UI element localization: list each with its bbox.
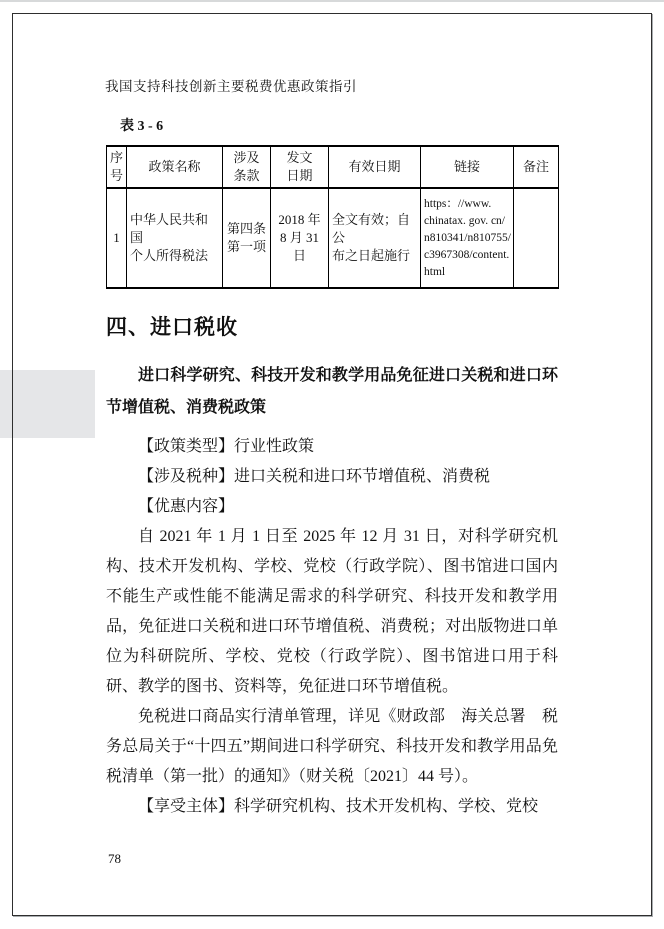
col-header-policy-name: 政策名称 [127, 146, 223, 188]
table-caption: 表 3 - 6 [120, 118, 163, 136]
cell-policy-name: 中华人民共和国 个人所得税法 [127, 188, 223, 288]
paragraph-benefit-detail: 自 2021 年 1 月 1 日至 2025 年 12 月 31 日，对科学研究… [106, 522, 558, 702]
meta-label: 【政策类型】 [138, 438, 234, 455]
meta-label: 【涉及税种】 [138, 468, 234, 485]
col-header-link: 链接 [421, 146, 514, 188]
policy-title: 进口科学研究、科技开发和教学用品免征进口关税和进口环节增值税、消费税政策 [106, 360, 558, 424]
cell-serial: 1 [107, 188, 127, 288]
running-head: 我国支持科技创新主要税费优惠政策指引 [105, 78, 557, 96]
page-number: 78 [108, 851, 121, 867]
col-header-valid-date: 有效日期 [329, 146, 421, 188]
meta-line-policy-type: 【政策类型】行业性政策 [106, 432, 558, 462]
cell-link-url: https：//www. chinatax. gov. cn/ n810341/… [421, 188, 514, 288]
col-header-note: 备注 [514, 146, 559, 188]
cell-clause: 第四条 第一项 [223, 188, 271, 288]
paragraph-list-management: 免税进口商品实行清单管理，详见《财政部 海关总署 税务总局关于“十四五”期间进口… [106, 702, 558, 792]
meta-line-benefit: 【优惠内容】 [106, 492, 558, 522]
policy-table: 序 号 政策名称 涉及 条款 发文 日期 有效日期 链接 备注 1 中华人民共和… [106, 145, 559, 289]
cell-issue-date: 2018 年 8 月 31 日 [271, 188, 329, 288]
document-page: 我国支持科技创新主要税费优惠政策指引 表 3 - 6 序 号 政策名称 涉及 条… [0, 0, 664, 929]
col-header-serial: 序 号 [107, 146, 127, 188]
col-header-issue-date: 发文 日期 [271, 146, 329, 188]
col-header-clause: 涉及 条款 [223, 146, 271, 188]
table-row: 1 中华人民共和国 个人所得税法 第四条 第一项 2018 年 8 月 31 日… [107, 188, 559, 288]
policy-table-header: 序 号 政策名称 涉及 条款 发文 日期 有效日期 链接 备注 [107, 146, 559, 188]
paragraph-beneficiaries: 【享受主体】科学研究机构、技术开发机构、学校、党校 [106, 792, 558, 822]
meta-value: 行业性政策 [234, 438, 314, 455]
meta-line-tax-types: 【涉及税种】进口关税和进口环节增值税、消费税 [106, 462, 558, 492]
cell-valid-date: 全文有效；自公 布之日起施行 [329, 188, 421, 288]
header-row: 序 号 政策名称 涉及 条款 发文 日期 有效日期 链接 备注 [107, 146, 559, 188]
meta-label: 【优惠内容】 [138, 498, 234, 515]
cell-note [514, 188, 559, 288]
page-content: 我国支持科技创新主要税费优惠政策指引 表 3 - 6 序 号 政策名称 涉及 条… [0, 0, 664, 929]
meta-value: 进口关税和进口环节增值税、消费税 [234, 468, 490, 485]
section-heading: 四、进口税收 [106, 314, 238, 340]
body-text: 【政策类型】行业性政策 【涉及税种】进口关税和进口环节增值税、消费税 【优惠内容… [106, 432, 558, 822]
